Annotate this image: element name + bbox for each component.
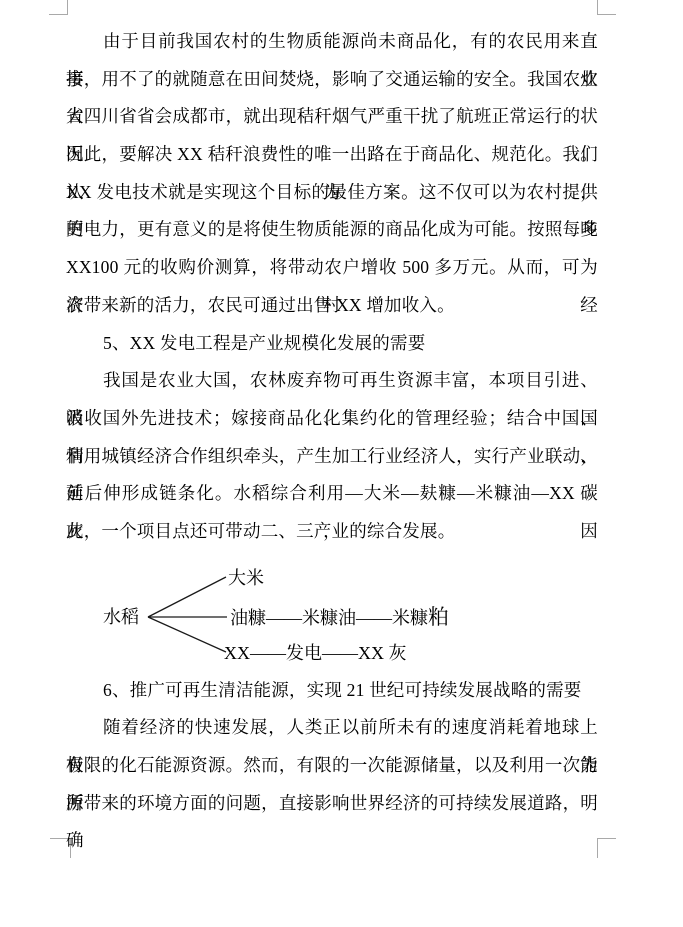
- margin-crop-mark-bottom-right: [597, 838, 616, 858]
- margin-crop-mark-top-right: [597, 0, 616, 15]
- document-page: 由于目前我国农村的生物质能源尚未商品化，有的农民用来直接炊事，用不了的就随意在田…: [0, 0, 683, 927]
- rice-utilization-diagram: 水稻 大米 油糠——米糠油——米糠粕 XX——发电——XX 灰: [66, 551, 598, 672]
- diagram-node-rice-grain: 大米: [228, 569, 264, 588]
- text-line: 由于目前我国农村的生物质能源尚未商品化，有的农民用来直接炊: [66, 23, 598, 61]
- paragraph-block-top: 由于目前我国农村的生物质能源尚未商品化，有的农民用来直接炊事，用不了的就随意在田…: [66, 23, 598, 551]
- diagram-node-rice: 水稻: [103, 608, 139, 627]
- diagram-node-power-chain: XX——发电——XX 灰: [224, 644, 407, 663]
- text-line: 因此，要解决 XX 秸秆浪费性的唯一出路在于商品化、规范化。我们认为，: [66, 136, 598, 174]
- text-line: 事，用不了的就随意在田间焚烧，影响了交通运输的安全。我国农业大: [66, 61, 598, 99]
- text-line: 5、XX 发电工程是产业规模化发展的需要: [66, 325, 598, 363]
- text-line: 省四川省省会成都市，就出现秸秆烟气严重干扰了航班正常运行的状况。: [66, 98, 598, 136]
- diagram-node-bran-chain-text: 油糠——米糠油——米糠: [230, 608, 428, 628]
- text-line: 延后伸形成链条化。水稻综合利用—大米—麸糠—米糠油—XX 碳灰，因: [66, 475, 598, 513]
- text-line: 利用城镇经济合作组织牵头，产生加工行业经济人，实行产业联动、前: [66, 438, 598, 476]
- margin-crop-mark-top-left: [49, 0, 68, 15]
- diagram-node-bran-meal-suffix: 粕: [428, 606, 449, 629]
- text-line: 的电力，更有意义的是将使生物质能源的商品化成为可能。按照每吨: [66, 211, 598, 249]
- text-line: XX100 元的收购价测算，将带动农户增收 500 多万元。从而，可为农村经: [66, 249, 598, 287]
- text-line: 有限的化石能源资源。然而，有限的一次能源储量，以及利用一次能源: [66, 747, 598, 785]
- text-line: XX 发电技术就是实现这个目标的最佳方案。这不仅可以为农村提供更多: [66, 174, 598, 212]
- document-body: 由于目前我国农村的生物质能源尚未商品化，有的农民用来直接炊事，用不了的就随意在田…: [66, 23, 598, 822]
- text-line: 吸收国外先进技术；嫁接商品化、集约化的管理经验；结合中国国情，: [66, 400, 598, 438]
- text-line: 所带来的环境方面的问题，直接影响世界经济的可持续发展道路，明确: [66, 785, 598, 823]
- text-line: 我国是农业大国，农林废弃物可再生资源丰富，本项目引进、消化、: [66, 362, 598, 400]
- text-line: 6、推广可再生清洁能源，实现 21 世纪可持续发展战略的需要: [66, 672, 598, 710]
- diagram-node-bran-chain: 油糠——米糠油——米糠粕: [230, 608, 449, 628]
- paragraph-block-bottom: 6、推广可再生清洁能源，实现 21 世纪可持续发展战略的需要随着经济的快速发展，…: [66, 672, 598, 823]
- text-line: 随着经济的快速发展，人类正以前所未有的速度消耗着地球上极为: [66, 709, 598, 747]
